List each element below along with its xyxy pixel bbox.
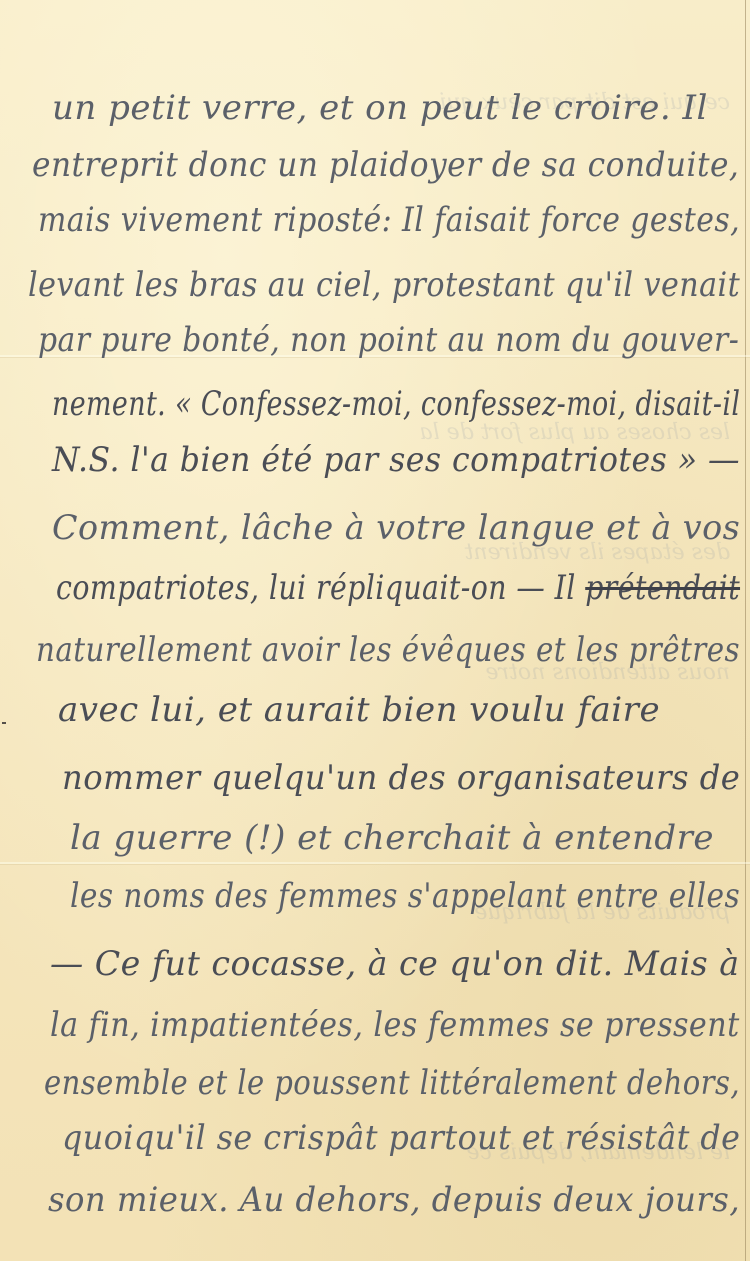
handwritten-line: entreprit donc un plaidoyer de sa condui… [32, 145, 739, 185]
handwritten-line: Comment, lâche à votre langue et à vos [52, 508, 740, 548]
handwritten-line: N.S. l'a bien été par ses compatriotes »… [52, 440, 740, 480]
handwritten-line: un petit verre, et on peut le croire. Il [52, 88, 708, 128]
handwritten-line: mais vivement riposté: Il faisait force … [38, 200, 740, 240]
handwritten-line: ensemble et le poussent littéralement de… [44, 1063, 740, 1103]
line-text: compatriotes, lui répliquait-on — Il pré… [56, 568, 740, 608]
handwritten-line: avec lui, et aurait bien voulu faire [58, 690, 660, 730]
letter-page: ce qui est dit par ceux qui les choses a… [0, 0, 750, 1261]
handwritten-line: par pure bonté, non point au nom du gouv… [38, 320, 739, 360]
handwritten-line: levant les bras au ciel, protestant qu'i… [28, 265, 740, 305]
handwritten-line: compatriotes, lui répliquait-on — Il pré… [56, 568, 740, 608]
handwritten-line: nement. « Confessez-moi, confessez-moi, … [52, 384, 740, 424]
handwritten-line: son mieux. Au dehors, depuis deux jours, [48, 1180, 740, 1220]
paper-edge-line [745, 0, 746, 1261]
margin-ink-mark [2, 722, 6, 724]
paper-fold [0, 862, 750, 864]
handwritten-line: nommer quelqu'un des organisateurs de [62, 758, 740, 798]
handwritten-line: naturellement avoir les évêques et les p… [36, 630, 740, 670]
handwritten-line: les noms des femmes s'appelant entre ell… [70, 876, 740, 916]
handwritten-line: la fin, impatientées, les femmes se pres… [50, 1005, 740, 1045]
handwritten-line: quoiqu'il se crispât partout et résistât… [62, 1118, 740, 1158]
struck-word: prétendait [585, 568, 740, 608]
handwritten-line: la guerre (!) et cherchait à entendre [70, 818, 714, 858]
handwritten-line: — Ce fut cocasse, à ce qu'on dit. Mais à [50, 944, 740, 984]
